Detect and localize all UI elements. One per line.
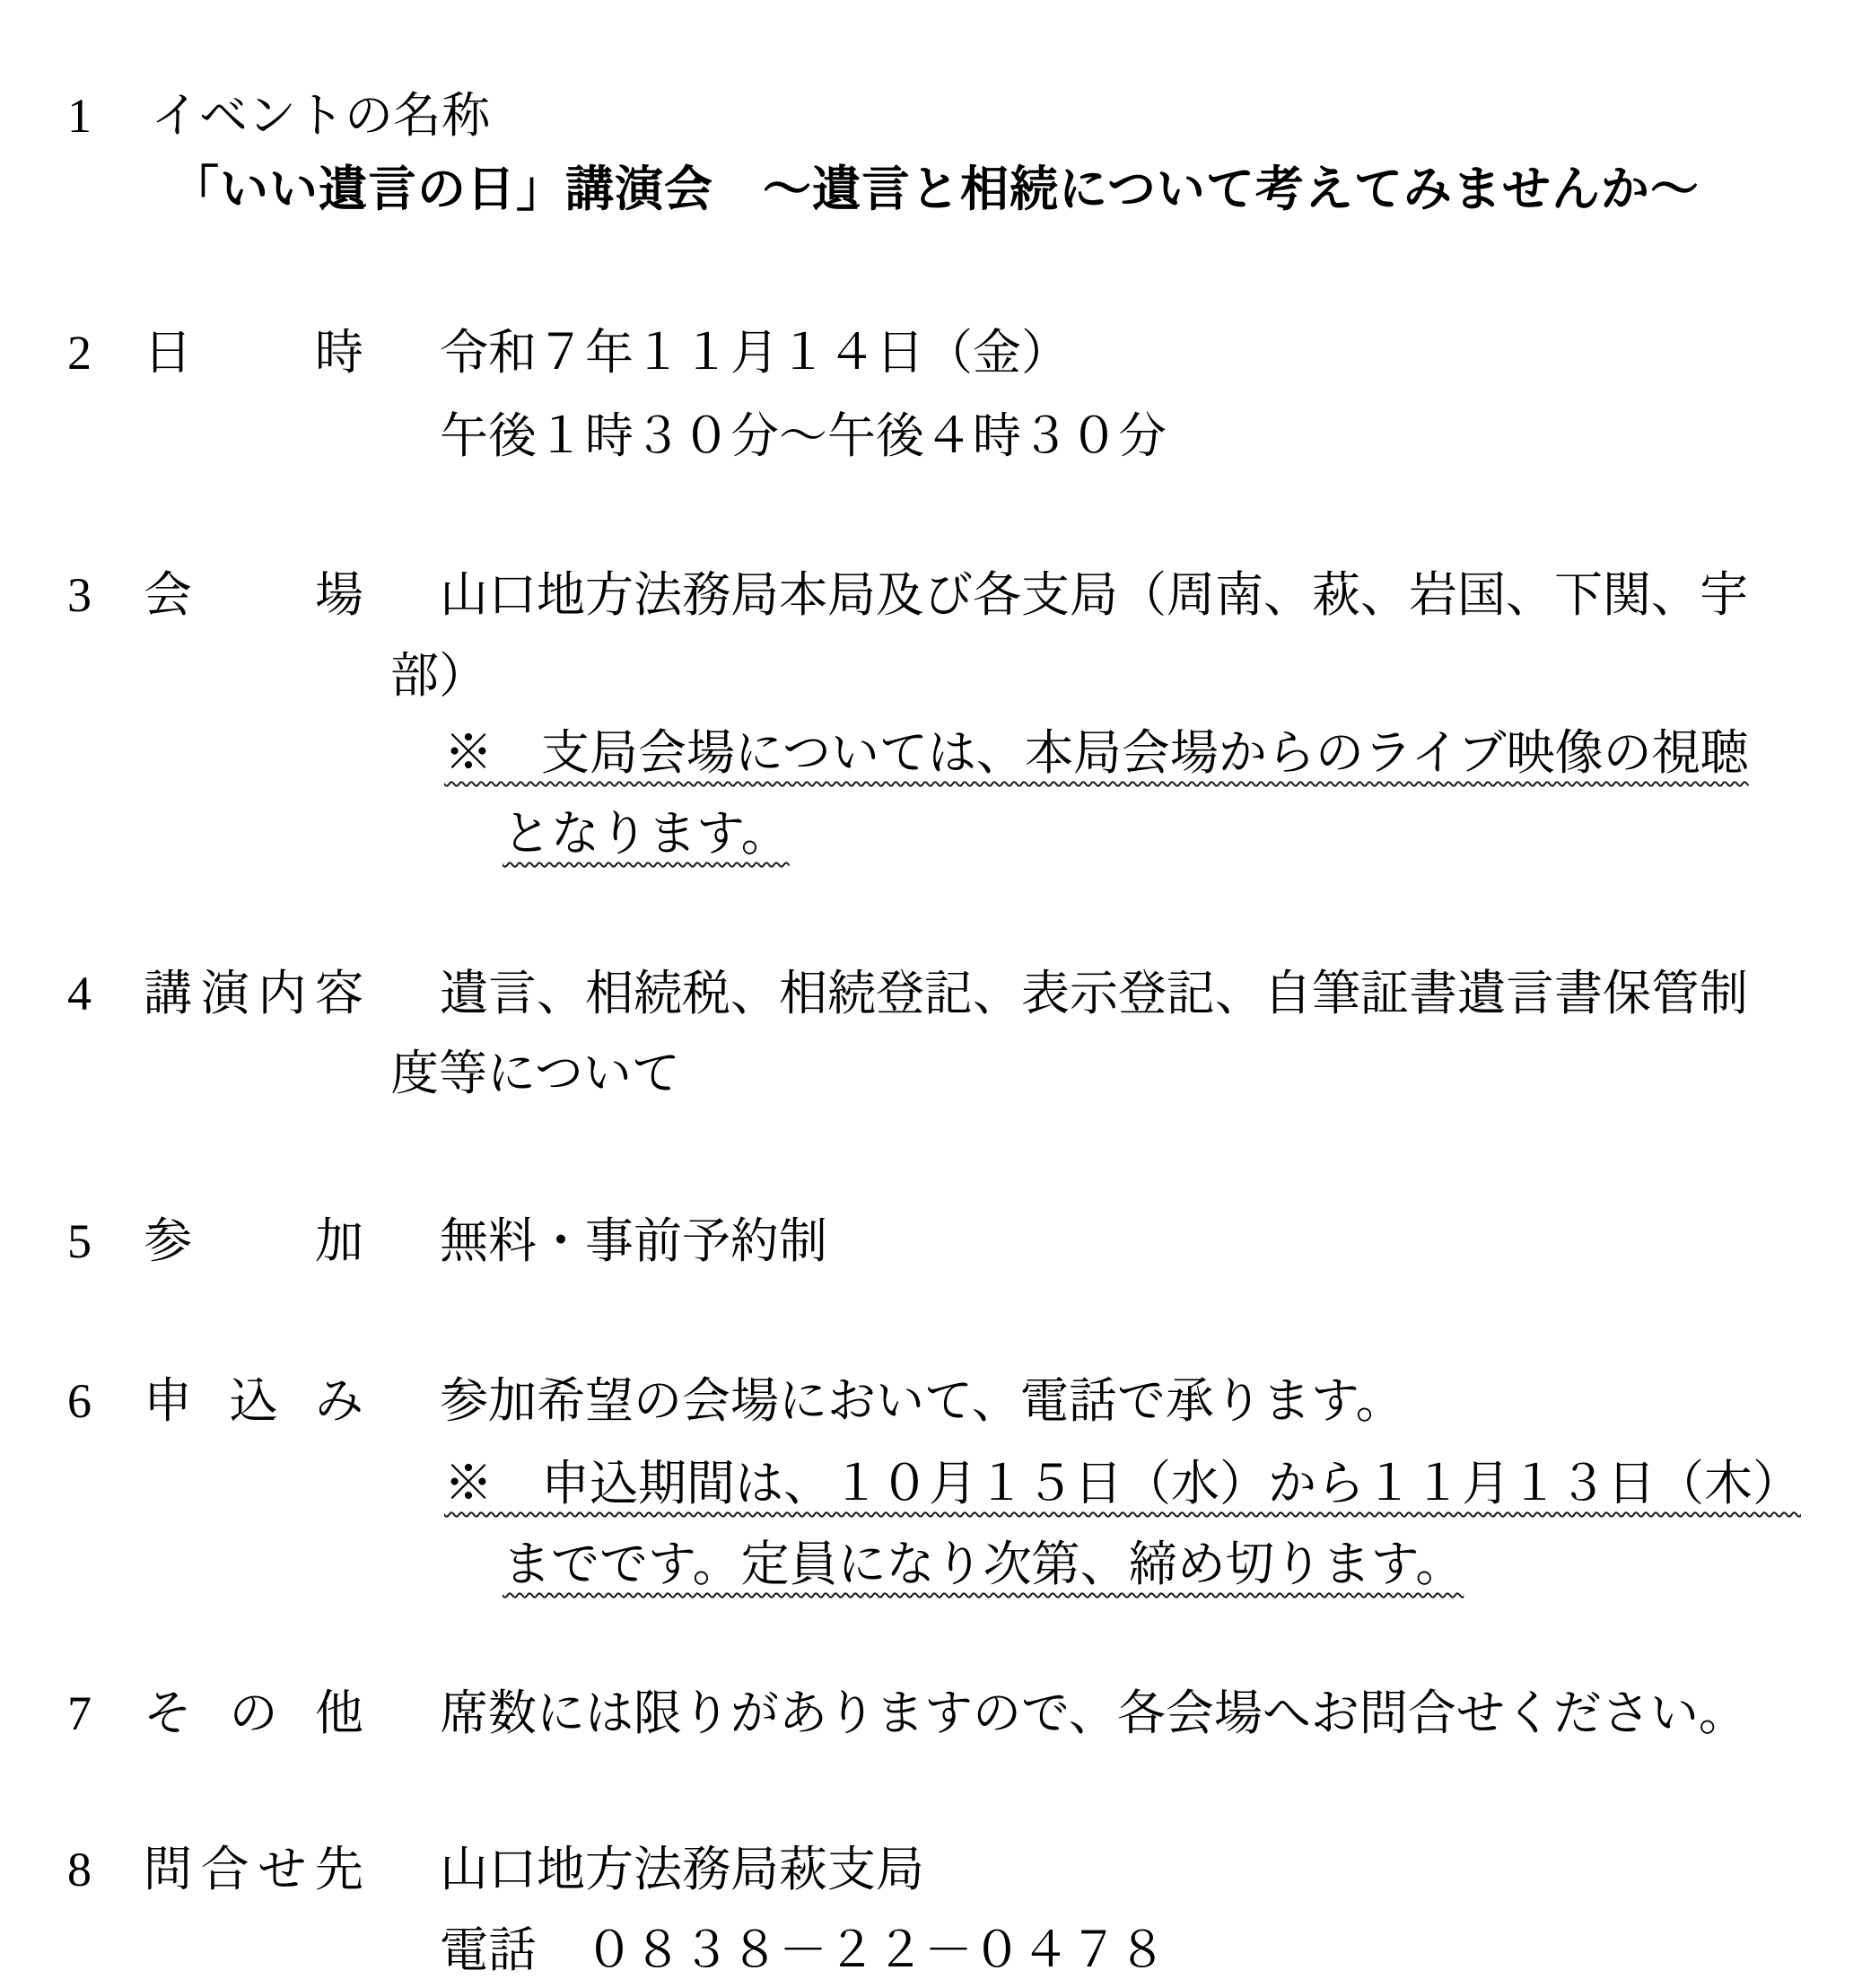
item6-line1: 6 申込み 参加希望の会場において、電話で承ります。 [0, 1373, 1862, 1431]
document-page: 1 イベントの名称 「いい遺言の日」講演会 ～遺言と相続について考えてみませんか… [0, 0, 1862, 1988]
item2-content-2: 午後１時３０分～午後４時３０分 [440, 408, 1167, 464]
item1-heading-line: 1 イベントの名称 [0, 88, 1862, 145]
item8-line2: 電話 ０８３８－２２－０４７８ [0, 1922, 1862, 1980]
item4-line1: 4 講演内容 遺言、相続税、相続登記、表示登記、自筆証書遺言書保管制 [0, 966, 1862, 1023]
event-title: 「いい遺言の日」講演会 ～遺言と相続について考えてみませんか～ [170, 162, 1700, 217]
item5-number: 5 [67, 1213, 92, 1269]
item6-note-line2: までです。定員になり次第、締め切ります。 [0, 1537, 1862, 1594]
item6-number: 6 [67, 1373, 92, 1429]
title-line: 「いい遺言の日」講演会 ～遺言と相続について考えてみませんか～ [0, 162, 1862, 219]
item6-label: 申込み [144, 1373, 363, 1429]
item6-note-continuation: までです。定員になり次第、締め切ります。 [503, 1537, 1464, 1592]
item3-note: ※ 支局会場については、本局会場からのライブ映像の視聴 [444, 725, 1749, 781]
item4-line2: 度等について [0, 1046, 1862, 1103]
item8-label: 問合せ先 [144, 1842, 363, 1897]
item3-note-line1: ※ 支局会場については、本局会場からのライブ映像の視聴 [0, 725, 1862, 783]
item3-line1: 3 会場 山口地方法務局本局及び各支局（周南、萩、岩国、下関、宇 [0, 567, 1862, 625]
item3-content: 山口地方法務局本局及び各支局（周南、萩、岩国、下関、宇 [440, 567, 1748, 623]
item2-number: 2 [67, 325, 92, 381]
item5-line1: 5 参加 無料・事前予約制 [0, 1213, 1862, 1271]
item3-label: 会場 [144, 567, 363, 623]
item4-label: 講演内容 [144, 966, 363, 1021]
item3-line2: 部） [0, 648, 1862, 705]
item7-line1: 7 その他 席数には限りがありますので、各会場へお問合せください。 [0, 1686, 1862, 1743]
item8-number: 8 [67, 1842, 92, 1897]
item2-line1: 2 日時 令和７年１１月１４日（金） [0, 325, 1862, 382]
item6-note: ※ 申込期間は、１０月１５日（水）から１１月１３日（木） [444, 1456, 1801, 1511]
item5-label: 参加 [144, 1213, 363, 1269]
item3-note-line2: となります。 [0, 806, 1862, 863]
item4-continuation: 度等について [390, 1046, 680, 1101]
item3-note-continuation: となります。 [503, 806, 790, 862]
item2-label: 日時 [144, 325, 363, 381]
item8-phone: 電話 ０８３８－２２－０４７８ [440, 1922, 1167, 1978]
item8-content: 山口地方法務局萩支局 [440, 1842, 924, 1897]
item5-content: 無料・事前予約制 [440, 1213, 827, 1269]
item6-content: 参加希望の会場において、電話で承ります。 [440, 1373, 1404, 1429]
item7-content: 席数には限りがありますので、各会場へお問合せください。 [440, 1686, 1747, 1741]
item2-content: 令和７年１１月１４日（金） [440, 325, 1070, 381]
item6-note-line1: ※ 申込期間は、１０月１５日（水）から１１月１３日（木） [0, 1456, 1862, 1513]
item2-line2: 午後１時３０分～午後４時３０分 [0, 408, 1862, 466]
item1-label: イベントの名称 [151, 88, 490, 144]
item1-number: 1 [67, 88, 92, 144]
item4-number: 4 [67, 966, 92, 1021]
item3-number: 3 [67, 567, 92, 623]
item4-content: 遺言、相続税、相続登記、表示登記、自筆証書遺言書保管制 [440, 966, 1748, 1021]
item7-number: 7 [67, 1686, 92, 1741]
item7-label: その他 [144, 1686, 363, 1741]
item3-continuation: 部） [390, 648, 487, 704]
item8-line1: 8 問合せ先 山口地方法務局萩支局 [0, 1842, 1862, 1899]
